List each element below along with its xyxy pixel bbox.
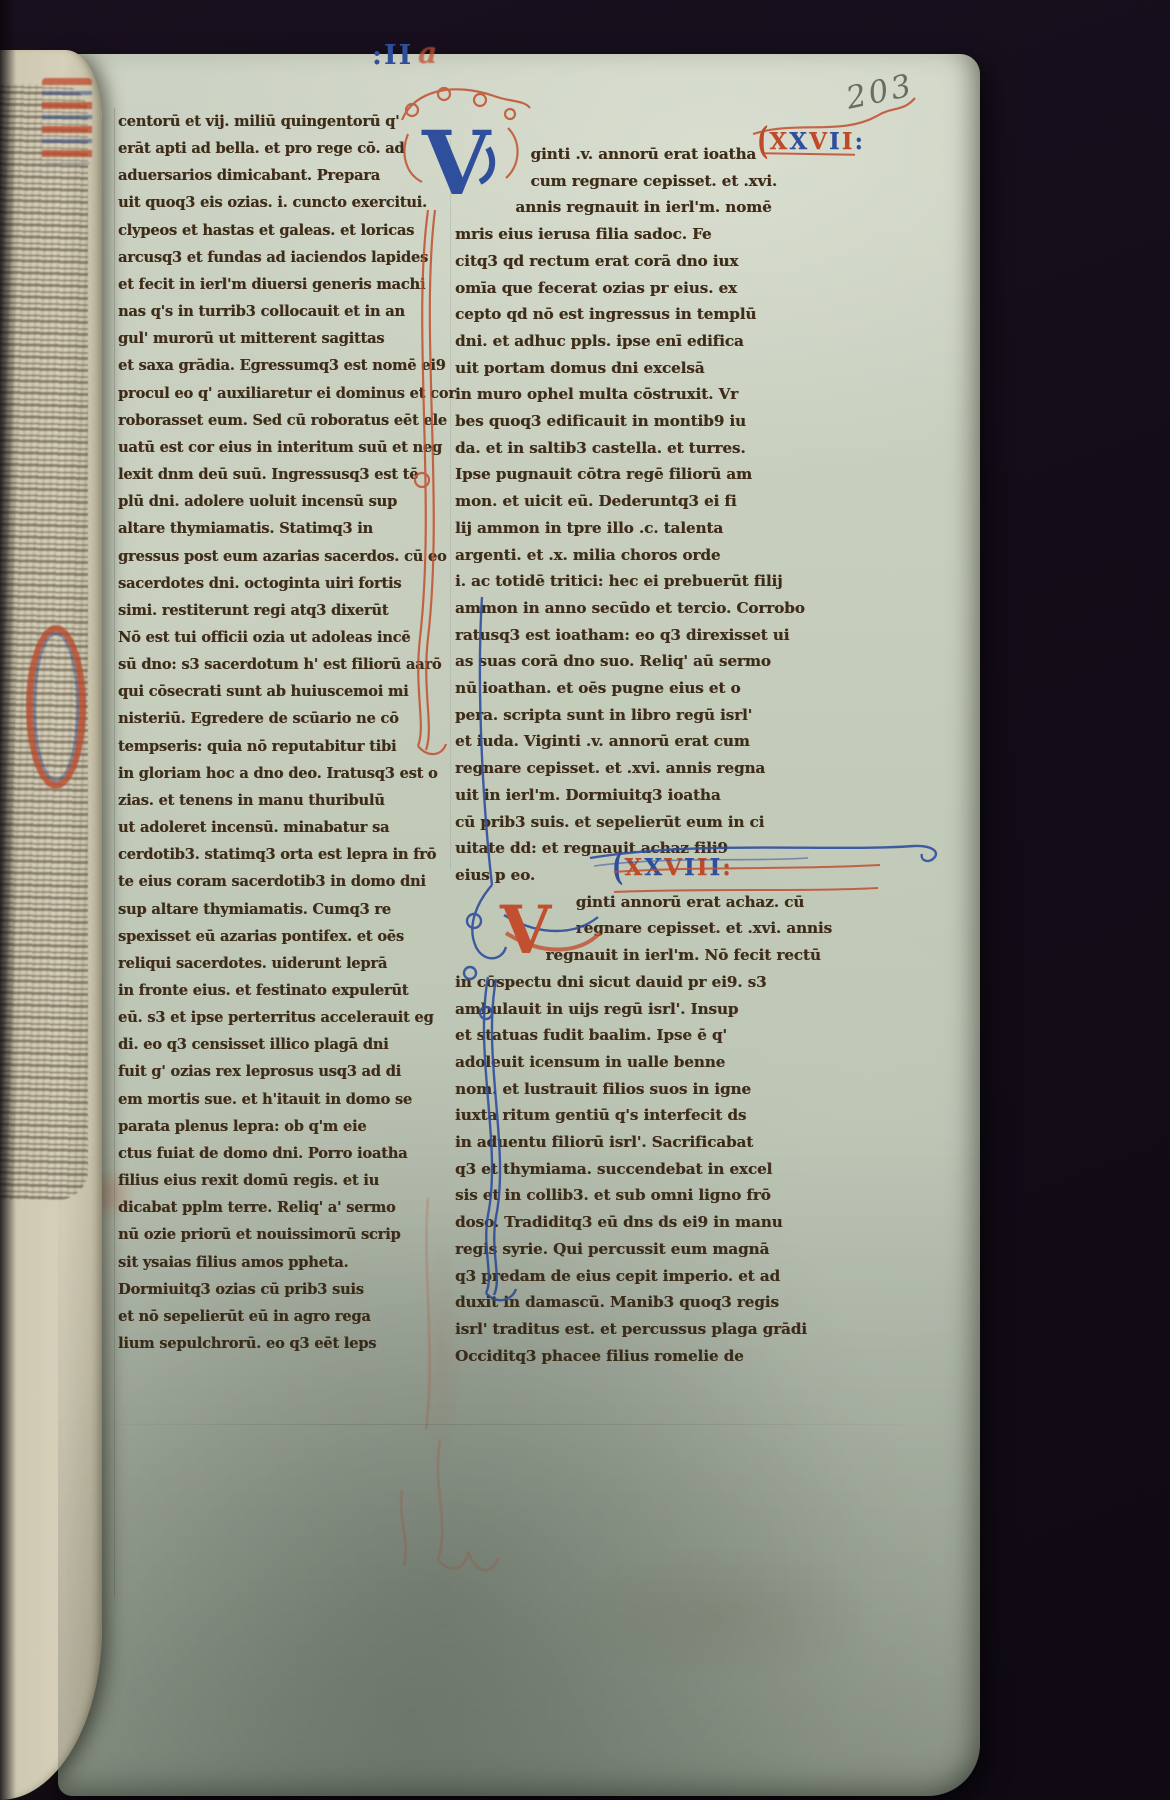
rubric-char: I xyxy=(829,128,842,155)
text-line: q3 predam de eius cepit imperio. et ad xyxy=(455,1263,879,1290)
text-line: nom. et lustrauit filios suos in igne xyxy=(455,1076,879,1103)
previous-leaf-edge-marks xyxy=(42,78,92,164)
text-column-left: centorū et vij. miliū quingentorū q'erāt… xyxy=(118,108,452,1357)
text-line: bes quoq3 edificauit in montib9 iu xyxy=(455,408,879,435)
running-title-offset-letter: a xyxy=(418,36,437,71)
text-line: sacerdotes dni. octoginta uiri fortis xyxy=(118,570,452,597)
text-line: iuxta ritum gentiū q's interfecit ds xyxy=(455,1102,879,1129)
text-line: lium sepulchrorū. eo q3 eēt leps xyxy=(118,1330,452,1357)
text-line: nū ozie priorū et nouissimorū scrip xyxy=(118,1221,452,1248)
parchment-crease xyxy=(70,1424,950,1425)
text-line: regnare cepisset. et .xvi. annis regna xyxy=(455,755,879,782)
text-line: sup altare thymiamatis. Cumq3 re xyxy=(118,896,452,923)
chapter-heading-28: (XXVIII: xyxy=(612,852,733,881)
text-line: erāt apti ad bella. et pro rege cō. ad xyxy=(118,135,452,162)
text-line: uit in ierl'm. Dormiuitq3 ioatha xyxy=(455,782,879,809)
rubric-char: I xyxy=(697,854,710,881)
text-line: di. eo q3 censisset illico plagā dni xyxy=(118,1031,452,1058)
text-line: as suas corā dno suo. Reliq' aū sermo xyxy=(455,648,879,675)
text-line: altare thymiamatis. Statimq3 in xyxy=(118,515,452,542)
text-line: in muro ophel multa cōstruxit. Vr xyxy=(455,381,879,408)
text-line: cepto qd nō est ingressus in templū xyxy=(455,301,879,328)
text-line: regnauit in ierl'm. Nō fecit rectū xyxy=(455,942,879,969)
text-line: em mortis sue. et h'itauit in domo se xyxy=(118,1086,452,1113)
text-line: centorū et vij. miliū quingentorū q' xyxy=(118,108,452,135)
text-line: sū dno: s3 sacerdotum h' est filiorū aar… xyxy=(118,651,452,678)
text-line: zias. et tenens in manu thuribulū xyxy=(118,787,452,814)
text-line: ambulauit in uijs regū isrl'. Insup xyxy=(455,996,879,1023)
text-line: cerdotib3. statimq3 orta est lepra in fr… xyxy=(118,841,452,868)
text-line: i. ac totidē tritici: hec ei prebuerūt f… xyxy=(455,568,879,595)
binding-gutter-shadow xyxy=(0,0,16,1800)
running-title-numeral: :II xyxy=(372,40,413,71)
text-line: isrl' traditus est. et percussus plaga g… xyxy=(455,1316,879,1343)
text-line: cum regnare cepisset. et .xvi. xyxy=(455,168,879,195)
text-line: nū ioathan. et oēs pugne eius et o xyxy=(455,675,879,702)
text-line: uit portam domus dni excelsā xyxy=(455,355,879,382)
text-line: ut adoleret incensū. minabatur sa xyxy=(118,814,452,841)
text-line: annis regnauit in ierl'm. nomē xyxy=(455,194,879,221)
text-line: et nō sepelierūt eū in agro rega xyxy=(118,1303,452,1330)
manuscript-photo: :II a 203 (XXVII: (XXVIII: centorū et vi… xyxy=(0,0,1170,1800)
text-line: uatū est cor eius in interitum suū et ne… xyxy=(118,434,452,461)
text-line: lij ammon in tpre illo .c. talenta xyxy=(455,515,879,542)
text-line: cū prib3 suis. et sepelierūt eum in ci xyxy=(455,809,879,836)
chapter-28-numeral: XXVIII: xyxy=(624,854,732,881)
rubric-char: X xyxy=(769,128,789,155)
text-line: ctus fuiat de domo dni. Porro ioatha xyxy=(118,1140,452,1167)
rubric-char: X xyxy=(624,854,644,881)
text-line: Occiditq3 phacee filius romelie de xyxy=(455,1343,879,1370)
text-line: et saxa grādia. Egressumq3 est nomē ei9 xyxy=(118,352,452,379)
chapter-28-bracket: ( xyxy=(612,844,623,889)
text-line: da. et in saltib3 castella. et turres. xyxy=(455,435,879,462)
text-line: pera. scripta sunt in libro regū isrl' xyxy=(455,702,879,729)
text-line: roborasset eum. Sed cū roboratus eēt ele xyxy=(118,407,452,434)
text-line: procul eo q' auxiliaretur ei dominus et … xyxy=(118,380,452,407)
rubric-char: : xyxy=(854,128,865,155)
text-line: dni. et adhuc ppls. ipse enī edifica xyxy=(455,328,879,355)
text-line: reliqui sacerdotes. uiderunt leprā xyxy=(118,950,452,977)
text-line: ratusq3 est ioatham: eo q3 direxisset ui xyxy=(455,622,879,649)
text-line: uit quoq3 eis ozias. i. cuncto exercitui… xyxy=(118,189,452,216)
text-line: mris eius ierusa filia sadoc. Fe xyxy=(455,221,879,248)
text-line: parata plenus lepra: ob q'm eie xyxy=(118,1113,452,1140)
chapter-27-numeral: XXVII: xyxy=(769,128,865,155)
text-line: gressus post eum azarias sacerdos. cū eo xyxy=(118,543,452,570)
text-line: Dormiuitq3 ozias cū prib3 suis xyxy=(118,1276,452,1303)
text-line: in aduentu filiorū isrl'. Sacrificabat xyxy=(455,1129,879,1156)
text-line: citq3 qd rectum erat corā dno iux xyxy=(455,248,879,275)
text-line: plū dni. adolere uoluit incensū sup xyxy=(118,488,452,515)
text-line: filius eius rexit domū regis. et iu xyxy=(118,1167,452,1194)
text-line: Ipse pugnauit cōtra regē filiorū am xyxy=(455,461,879,488)
text-line: q3 et thymiama. succendebat in excel xyxy=(455,1156,879,1183)
text-line: et fecit in ierl'm diuersi generis machi xyxy=(118,271,452,298)
text-line: et statuas fudit baalim. Ipse ē q' xyxy=(455,1022,879,1049)
text-line: ginti annorū erat achaz. cū xyxy=(455,889,879,916)
text-line: omīa que fecerat ozias pr eius. ex xyxy=(455,275,879,302)
rubric-char: I xyxy=(709,854,722,881)
text-line: gul' murorū ut mitterent sagittas xyxy=(118,325,452,352)
text-line: ammon in anno secūdo et tercio. Corrobo xyxy=(455,595,879,622)
text-line: lexit dnm deū suū. Ingressusq3 est tē xyxy=(118,461,452,488)
text-line: sit ysaias filius amos ppheta. xyxy=(118,1249,452,1276)
text-line: in gloriam hoc a dno deo. Iratusq3 est o xyxy=(118,760,452,787)
rubric-char: : xyxy=(722,854,733,881)
text-line: nas q's in turrib3 collocauit et in an xyxy=(118,298,452,325)
text-line: aduersarios dimicabant. Prepara xyxy=(118,162,452,189)
text-line: doso. Tradiditq3 eū dns ds ei9 in manu xyxy=(455,1209,879,1236)
text-line: in cōspectu dni sicut dauid pr ei9. s3 xyxy=(455,969,879,996)
rubric-char: X xyxy=(789,128,809,155)
text-line: adoleuit icensum in ualle benne xyxy=(455,1049,879,1076)
text-line: qui cōsecrati sunt ab huiuscemoi mi xyxy=(118,678,452,705)
rubric-char: V xyxy=(664,854,684,881)
text-line: arcusq3 et fundas ad iaciendos lapides xyxy=(118,244,452,271)
text-line: mon. et uicit eū. Dederuntq3 ei fi xyxy=(455,488,879,515)
rubric-char: I xyxy=(842,128,855,155)
previous-leaf-initial xyxy=(26,625,86,789)
text-line: dicabat pplm terre. Reliq' a' sermo xyxy=(118,1194,452,1221)
text-line: regnare cepisset. et .xvi. annis xyxy=(455,915,879,942)
chapter-27-bracket: ( xyxy=(757,118,768,163)
chapter-heading-27: (XXVII: xyxy=(757,126,865,155)
text-line: clypeos et hastas et galeas. et loricas xyxy=(118,217,452,244)
text-line: in fronte eius. et festinato expulerūt xyxy=(118,977,452,1004)
text-line: simi. restiterunt regi atq3 dixerūt xyxy=(118,597,452,624)
text-line: spexisset eū azarias pontifex. et oēs xyxy=(118,923,452,950)
text-line: eū. s3 et ipse perterritus accelerauit e… xyxy=(118,1004,452,1031)
text-line: te eius coram sacerdotib3 in domo dni xyxy=(118,868,452,895)
text-column-right: ginti .v. annorū erat ioatha cum regnare… xyxy=(455,141,879,1369)
rubric-char: X xyxy=(644,854,664,881)
text-line: fuit g' ozias rex leprosus usq3 ad di xyxy=(118,1058,452,1085)
text-line: argenti. et .x. milia choros orde xyxy=(455,542,879,569)
text-line: sis et in collib3. et sub omni ligno frō xyxy=(455,1182,879,1209)
text-line: Nō est tui officii ozia ut adoleas incē xyxy=(118,624,452,651)
text-line: et iuda. Viginti .v. annorū erat cum xyxy=(455,728,879,755)
rubric-char: I xyxy=(684,854,697,881)
rubric-char: V xyxy=(809,128,829,155)
text-line: nisteriū. Egredere de scūario ne cō xyxy=(118,705,452,732)
text-line: regis syrie. Qui percussit eum magnā xyxy=(455,1236,879,1263)
text-line: duxit in damascū. Manib3 quoq3 regis xyxy=(455,1289,879,1316)
text-line: tempseris: quia nō reputabitur tibi xyxy=(118,733,452,760)
running-title: :II a xyxy=(372,40,413,71)
